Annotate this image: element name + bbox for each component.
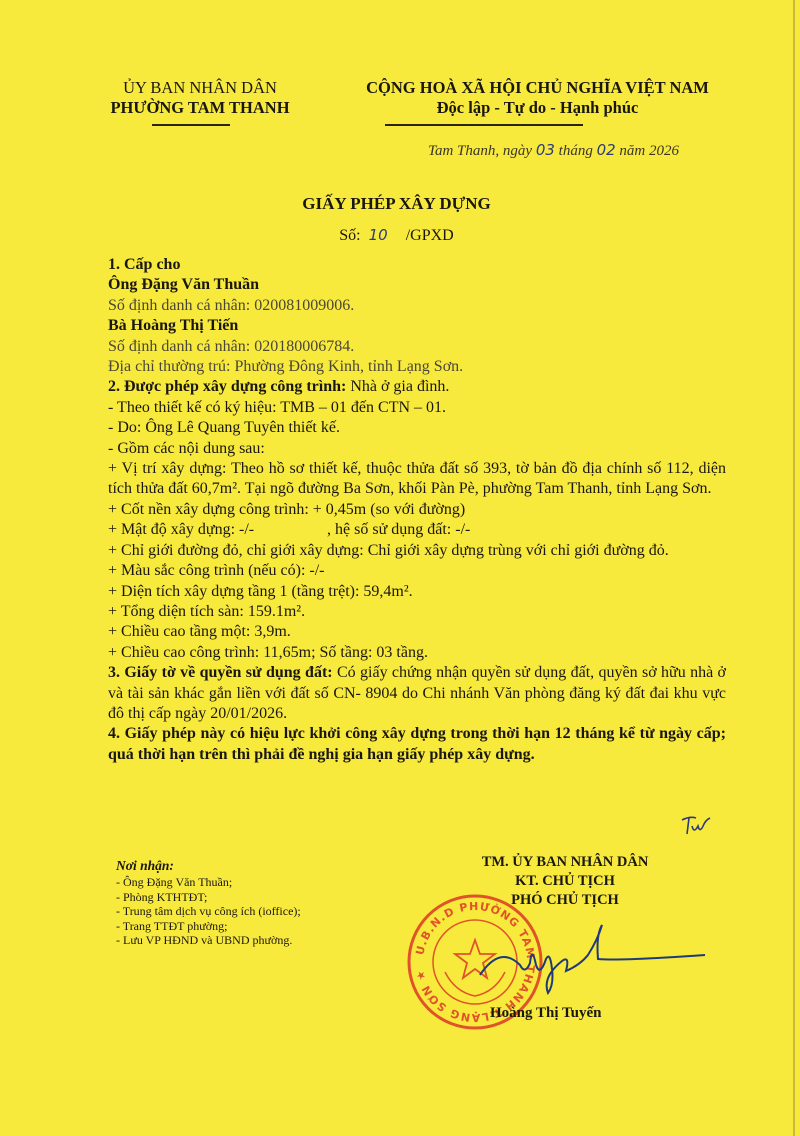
signature-title2: KT. CHỦ TỊCH [455, 872, 675, 891]
document-page: ỦY BAN NHÂN DÂN PHƯỜNG TAM THANH CỘNG HO… [0, 0, 795, 1136]
recipient-item: - Lưu VP HĐND và UBND phường. [116, 933, 301, 948]
owner1-name: Ông Đặng Văn Thuần [108, 276, 259, 293]
initial-mark-icon [680, 812, 720, 842]
owner2-id: Số định danh cá nhân: 020180006784. [108, 337, 726, 357]
authority-line2: PHƯỜNG TAM THANH [110, 98, 290, 118]
document-title: GIẤY PHÉP XÂY DỰNG [0, 194, 793, 214]
boundary-line: + Chỉ giới đường đỏ, chỉ giới xây dựng: … [108, 541, 726, 561]
country-name: CỘNG HOÀ XÃ HỘI CHỦ NGHĨA VIỆT NAM [345, 78, 730, 98]
section2-heading: 2. Được phép xây dựng công trình: [108, 378, 346, 395]
recipient-item: - Ông Đặng Văn Thuần; [116, 875, 301, 890]
section1-heading: 1. Cấp cho [108, 256, 180, 273]
motto: Độc lập - Tự do - Hạnh phúc [345, 98, 730, 118]
signature-title1: TM. ỦY BAN NHÂN DÂN [455, 853, 675, 872]
building-density: + Mật độ xây dựng: -/-, hệ số sử dụng đấ… [108, 520, 726, 540]
recipient-item: - Trang TTĐT phường; [116, 919, 301, 934]
contents-intro: - Gồm các nội dung sau: [108, 439, 726, 459]
recipient-item: - Trung tâm dịch vụ công ích (ioffice); [116, 904, 301, 919]
foundation-level: + Cốt nền xây dựng công trình: + 0,45m (… [108, 500, 726, 520]
building-color: + Màu sắc công trình (nếu có): -/- [108, 561, 726, 581]
construction-location: + Vị trí xây dựng: Theo hồ sơ thiết kế, … [108, 459, 726, 500]
design-code: - Theo thiết kế có ký hiệu: TMB – 01 đến… [108, 398, 726, 418]
recipients-list: Nơi nhận: - Ông Đặng Văn Thuần; - Phòng … [116, 857, 301, 948]
signer-name: Hoàng Thị Tuyến [490, 1005, 601, 1022]
issuing-authority: ỦY BAN NHÂN DÂN PHƯỜNG TAM THANH [110, 78, 290, 118]
validity-clause: 4. Giấy phép này có hiệu lực khởi công x… [108, 724, 726, 765]
date-month: 02 [597, 141, 616, 159]
land-use-rights: 3. Giấy tờ về quyền sử dụng đất: Có giấy… [108, 663, 726, 724]
issue-date: Tam Thanh, ngày 03 tháng 02 năm 2026 [428, 141, 679, 160]
national-motto: CỘNG HOÀ XÃ HỘI CHỦ NGHĨA VIỆT NAM Độc l… [345, 78, 730, 118]
left-header-rule [152, 124, 230, 126]
floor1-area: + Diện tích xây dựng tầng 1 (tầng trệt):… [108, 582, 726, 602]
owner1-id: Số định danh cá nhân: 020081009006. [108, 296, 726, 316]
recipient-item: - Phòng KTHTĐT; [116, 890, 301, 905]
designer: - Do: Ông Lê Quang Tuyên thiết kế. [108, 418, 726, 438]
permit-number: Số: 10 /GPXD [0, 226, 793, 245]
owner2-name: Bà Hoàng Thị Tiến [108, 317, 238, 334]
right-header-rule [385, 124, 583, 126]
handwritten-signature-icon [470, 915, 710, 1005]
authority-line1: ỦY BAN NHÂN DÂN [110, 78, 290, 98]
total-floor-area: + Tổng diện tích sàn: 159.1m². [108, 602, 726, 622]
owner-address: Địa chỉ thường trú: Phường Đông Kinh, tỉ… [108, 357, 726, 377]
building-height: + Chiều cao công trình: 11,65m; Số tầng:… [108, 643, 726, 663]
permit-body: 1. Cấp cho Ông Đặng Văn Thuần Số định da… [108, 255, 726, 765]
permit-number-value: 10 [369, 226, 388, 244]
floor1-height: + Chiều cao tầng một: 3,9m. [108, 622, 726, 642]
recipients-heading: Nơi nhận: [116, 857, 301, 875]
date-day: 03 [536, 141, 555, 159]
